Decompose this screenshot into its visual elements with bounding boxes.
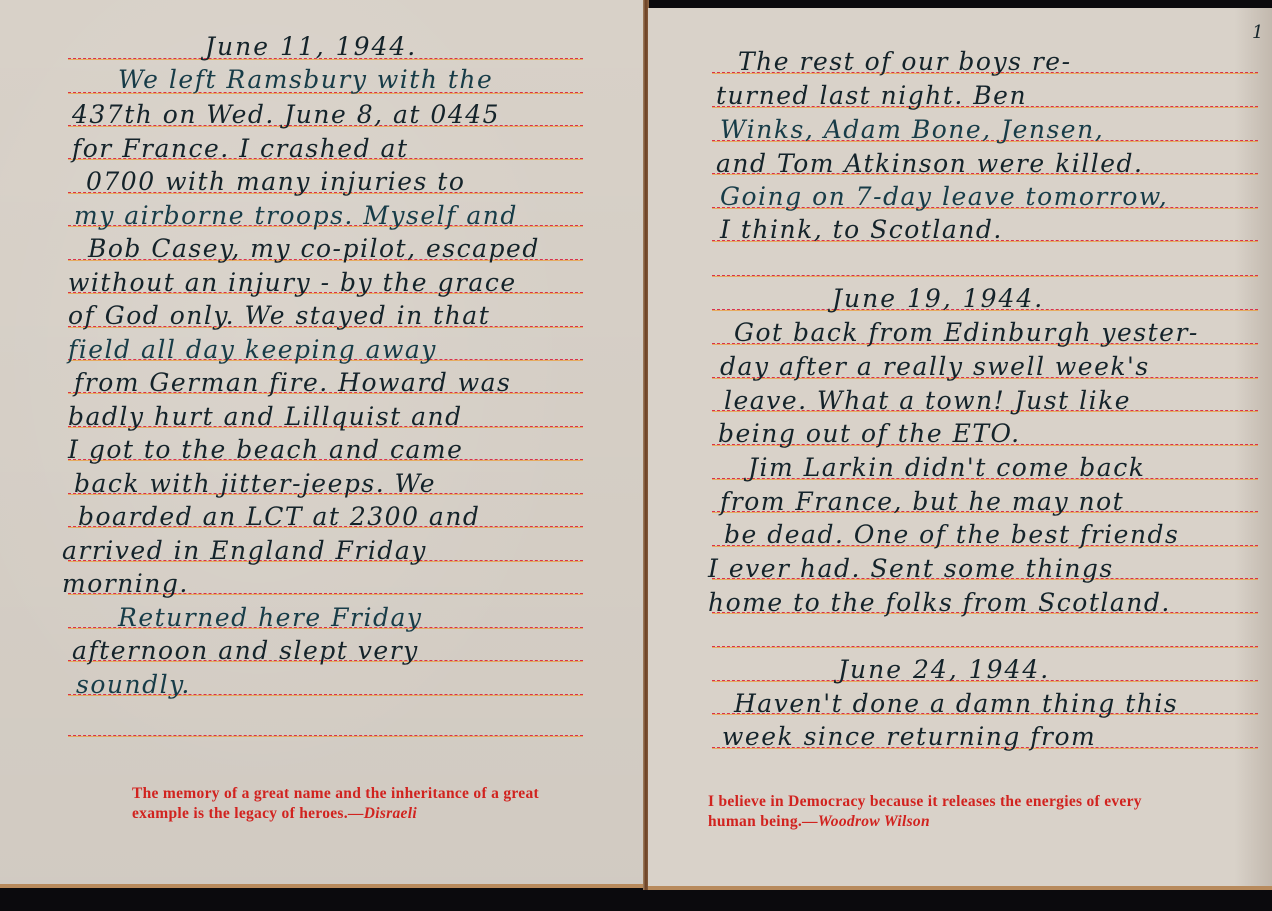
entry-date: June 24, 1944. [838,657,1050,682]
entry-line: 0700 with many injuries to [86,169,465,194]
entry-line: week since returning from [722,724,1096,749]
entry-line: leave. What a town! Just like [724,388,1131,413]
entry-line: Got back from Edinburgh yester- [734,320,1199,345]
quote-author: —Disraeli [348,805,417,822]
entry-line: Haven't done a damn thing this [734,691,1178,716]
ruled-line [712,275,1258,276]
entry-line: being out of the ETO. [718,421,1021,446]
entry-line: of God only. We stayed in that [68,303,490,328]
entry-line: Jim Larkin didn't come back [748,455,1145,480]
ruled-line [68,735,583,736]
entry-line: Going on 7-day leave tomorrow, [720,184,1168,209]
entry-line: I think, to Scotland. [720,217,1003,242]
entry-line: from France, but he may not [720,489,1124,514]
quote-author: —Woodrow Wilson [802,813,930,830]
entry-date: June 19, 1944. [832,286,1044,311]
entry-line: 437th on Wed. June 8, at 0445 [72,102,500,127]
entry-line: I got to the beach and came [68,437,463,462]
entry-line: be dead. One of the best friends [724,522,1179,547]
entry-line: home to the folks from Scotland. [708,590,1171,615]
entry-line: I ever had. Sent some things [708,556,1114,581]
entry-line: afternoon and slept very [72,638,419,663]
quote-text: The memory of a great name and the inher… [132,785,539,822]
entry-line: boarded an LCT at 2300 and [78,504,480,529]
entry-line: arrived in England Friday [62,538,427,563]
entry-line: Bob Casey, my co-pilot, escaped [88,236,540,261]
entry-line: soundly. [76,672,191,697]
ruled-line [712,646,1258,647]
footer-quote: The memory of a great name and the inher… [132,784,587,824]
entry-line: day after a really swell week's [720,354,1150,379]
entry-line: back with jitter-jeeps. We [74,471,436,496]
entry-line: Winks, Adam Bone, Jensen, [720,117,1104,142]
page-number: 1 [1252,22,1263,43]
entry-line: without an injury - by the grace [68,270,517,295]
left-page: June 11, 1944. We left Ramsbury with the… [0,0,644,888]
footer-quote: I believe in Democracy because it releas… [708,792,1163,832]
entry-line: from German fire. Howard was [74,370,511,395]
entry-line: my airborne troops. Myself and [74,203,518,228]
entry-line: The rest of our boys re- [738,49,1072,74]
entry-line: field all day keeping away [68,337,437,362]
entry-date: June 11, 1944. [205,34,417,59]
entry-line: turned last night. Ben [716,83,1027,108]
entry-line: badly hurt and Lillquist and [68,404,463,429]
entry-line: for France. I crashed at [72,136,409,161]
entry-line: We left Ramsbury with the [118,67,493,92]
entry-line: and Tom Atkinson were killed. [716,151,1144,176]
top-shadow-edge [649,0,1272,8]
entry-line: Returned here Friday [118,605,422,630]
diary-spread: June 11, 1944. We left Ramsbury with the… [0,0,1272,911]
entry-line: morning. [62,571,189,596]
